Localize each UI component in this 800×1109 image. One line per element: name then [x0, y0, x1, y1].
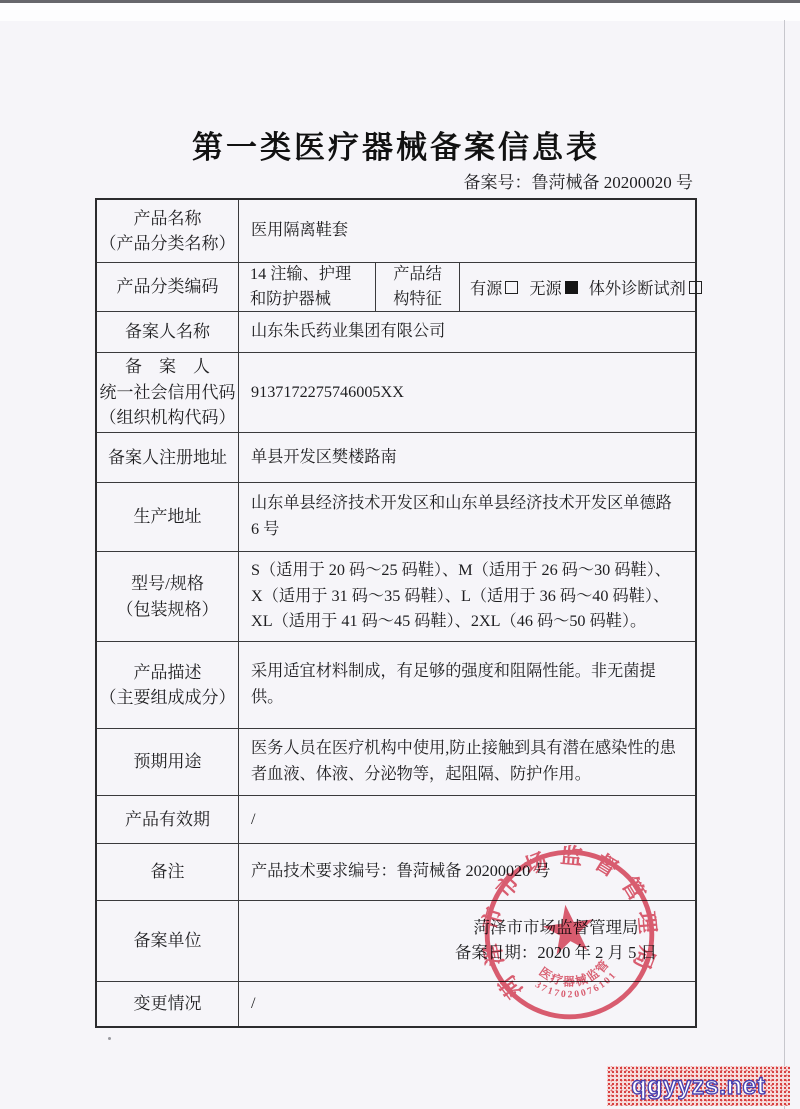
credit-code-value: 9137172275746005XX [251, 380, 681, 406]
label-line: （组织机构代码） [100, 405, 236, 431]
authority-signature-block: 菏泽市市场监督管理局 备案日期：2020 年 2 月 5 日 [455, 916, 657, 966]
row-label: 型号/规格 （包装规格） [97, 552, 238, 641]
row-value: / [238, 982, 695, 1026]
table-row-product-name: 产品名称 （产品分类名称） 医用隔离鞋套 [97, 200, 695, 262]
label-line: （产品分类名称） [100, 231, 236, 257]
validity-value: / [251, 807, 681, 833]
label-line: 预期用途 [134, 749, 202, 775]
structure-feature-label: 产品结构特征 [390, 262, 445, 312]
scan-dot-artifact [108, 1037, 111, 1040]
label-line: 备案人注册地址 [108, 445, 227, 471]
label-line: 备案人名称 [125, 319, 210, 345]
registration-info-table: 产品名称 （产品分类名称） 医用隔离鞋套 产品分类编码 14 注输、护理和防护器… [95, 198, 697, 1028]
label-line: 产品名称 [134, 206, 202, 232]
changes-value: / [251, 991, 681, 1017]
row-label: 变更情况 [97, 982, 238, 1026]
row-label: 产品名称 （产品分类名称） [97, 200, 238, 262]
row-label: 备 案 人 统一社会信用代码 （组织机构代码） [97, 353, 238, 432]
table-row-model-spec: 型号/规格 （包装规格） S（适用于 20 码～25 码鞋）、M（适用于 26 … [97, 551, 695, 641]
checkbox-passive [565, 281, 578, 294]
checkbox-ivd [689, 281, 702, 294]
label-line: 产品有效期 [125, 807, 210, 833]
label-line: 生产地址 [134, 504, 202, 530]
table-row-registrant-name: 备案人名称 山东朱氏药业集团有限公司 [97, 311, 695, 352]
table-row-class-code: 产品分类编码 14 注输、护理和防护器械 产品结构特征 有源 无源 体外诊断试剂 [97, 262, 695, 311]
option-ivd-label: 体外诊断试剂 [589, 275, 686, 299]
row-value: 山东单县经济技术开发区和山东单县经济技术开发区单德路 6 号 [238, 483, 695, 551]
table-row-intended-use: 预期用途 医务人员在医疗机构中使用,防止接触到具有潜在感染性的患者血液、体液、分… [97, 728, 695, 795]
scan-top-margin [0, 3, 800, 21]
row-value: S（适用于 20 码～25 码鞋）、M（适用于 26 码～30 码鞋）、X（适用… [238, 552, 695, 641]
row-label: 产品分类编码 [97, 263, 238, 311]
label-line: 备注 [151, 859, 185, 885]
label-line: （包装规格） [117, 597, 219, 623]
label-line: 备案单位 [134, 928, 202, 954]
row-value: 采用适宜材料制成，有足够的强度和阻隔性能。非无菌提供。 [238, 642, 695, 728]
table-row-production-address: 生产地址 山东单县经济技术开发区和山东单县经济技术开发区单德路 6 号 [97, 482, 695, 551]
row-label: 备注 [97, 844, 238, 900]
row-value: / [238, 796, 695, 843]
page-title: 第一类医疗器械备案信息表 [95, 122, 697, 167]
production-address-value: 山东单县经济技术开发区和山东单县经济技术开发区单德路 6 号 [251, 491, 681, 543]
description-value: 采用适宜材料制成，有足够的强度和阻隔性能。非无菌提供。 [251, 659, 681, 711]
label-line: 产品描述 [134, 660, 202, 686]
row-label: 备案人名称 [97, 312, 238, 352]
row-value: 产品技术要求编号：鲁菏械备 20200020 号 [238, 844, 695, 900]
filing-date: 备案日期：2020 年 2 月 5 日 [455, 941, 657, 966]
option-active-label: 有源 [470, 275, 502, 299]
table-row-changes: 变更情况 / [97, 981, 695, 1026]
row-value: 医务人员在医疗机构中使用,防止接触到具有潜在感染性的患者血液、体液、分泌物等，起… [238, 729, 695, 795]
label-line: （主要组成成分） [100, 685, 236, 711]
site-watermark: qgyyzs.net [607, 1066, 790, 1106]
structure-feature-options: 有源 无源 体外诊断试剂 [459, 263, 717, 311]
class-code-category: 14 注输、护理和防护器械 [250, 262, 367, 312]
watermark-text: qgyyzs.net [631, 1072, 765, 1101]
row-value: 菏泽市市场监督管理局 备案日期：2020 年 2 月 5 日 [238, 901, 695, 981]
label-line: 备 案 人 [125, 354, 210, 380]
table-row-credit-code: 备 案 人 统一社会信用代码 （组织机构代码） 9137172275746005… [97, 352, 695, 432]
product-name-value: 医用隔离鞋套 [251, 218, 681, 244]
registrant-name-value: 山东朱氏药业集团有限公司 [251, 319, 681, 345]
option-passive-label: 无源 [529, 275, 561, 299]
row-label: 产品有效期 [97, 796, 238, 843]
checkbox-active [505, 281, 518, 294]
registered-address-value: 单县开发区樊楼路南 [251, 445, 681, 471]
row-value: 9137172275746005XX [238, 353, 695, 432]
row-label: 产品描述 （主要组成成分） [97, 642, 238, 728]
intended-use-value: 医务人员在医疗机构中使用,防止接触到具有潜在感染性的患者血液、体液、分泌物等，起… [251, 736, 681, 788]
table-row-filing-authority: 备案单位 菏泽市市场监督管理局 备案日期：2020 年 2 月 5 日 [97, 900, 695, 981]
row-value: 医用隔离鞋套 [238, 200, 695, 262]
label-line: 统一社会信用代码 [100, 380, 236, 406]
table-row-registered-address: 备案人注册地址 单县开发区樊楼路南 [97, 432, 695, 482]
table-row-validity: 产品有效期 / [97, 795, 695, 843]
label-line: 变更情况 [134, 991, 202, 1017]
row-label: 备案人注册地址 [97, 433, 238, 482]
table-row-description: 产品描述 （主要组成成分） 采用适宜材料制成，有足够的强度和阻隔性能。非无菌提供… [97, 641, 695, 728]
class-code-category-cell: 14 注输、护理和防护器械 [238, 263, 375, 311]
model-spec-value: S（适用于 20 码～25 码鞋）、M（适用于 26 码～30 码鞋）、X（适用… [251, 558, 681, 636]
row-label: 备案单位 [97, 901, 238, 981]
row-value: 单县开发区樊楼路南 [238, 433, 695, 482]
record-number-line: 备案号：鲁菏械备 20200020 号 [95, 168, 697, 193]
row-value: 山东朱氏药业集团有限公司 [238, 312, 695, 352]
scan-page-right-edge [784, 20, 785, 1109]
authority-name: 菏泽市市场监督管理局 [455, 916, 657, 941]
table-row-remarks: 备注 产品技术要求编号：鲁菏械备 20200020 号 [97, 843, 695, 900]
scanned-document-page: { "header": { "title": "第一类医疗器械备案信息表", "… [0, 0, 800, 1109]
label-line: 产品分类编码 [117, 274, 219, 300]
structure-feature-label-cell: 产品结构特征 [375, 263, 459, 311]
remarks-value: 产品技术要求编号：鲁菏械备 20200020 号 [251, 859, 681, 885]
row-label: 生产地址 [97, 483, 238, 551]
label-line: 型号/规格 [131, 571, 204, 597]
row-label: 预期用途 [97, 729, 238, 795]
